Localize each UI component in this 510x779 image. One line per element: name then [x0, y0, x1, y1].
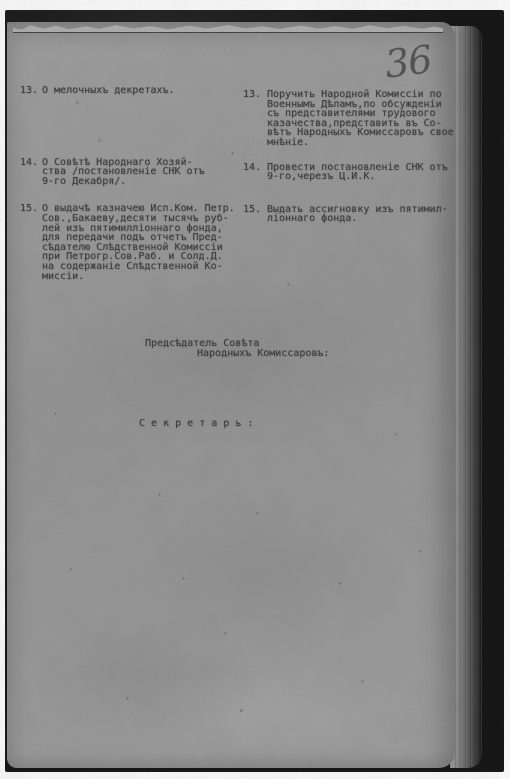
item-number: 15.: [243, 205, 261, 215]
paper-stain: [117, 482, 417, 662]
torn-top-edge: [13, 22, 443, 33]
text-line: О выдачѣ казначею Исп.Ком. Петр.: [42, 205, 252, 215]
agenda-item: 14.О Совѣтѣ Народнаго Хозяй-ства /постан…: [20, 158, 252, 187]
scan-photo: 13.О мелочныхъ декретахъ.14.О Совѣтѣ Нар…: [0, 0, 510, 779]
item-text: Поручить Народной Комиссіи поВоеннымъ Дѣ…: [267, 90, 465, 148]
item-text: О выдачѣ казначею Исп.Ком. Петр.Сов.,Бак…: [42, 204, 252, 281]
item-number: 14.: [20, 158, 38, 168]
item-number: 13.: [20, 86, 38, 96]
agenda-item: 15.Выдать ассигновку изъ пятимил-ліоннаг…: [243, 205, 465, 224]
text-line: Провести постановленіе СНК отъ: [267, 163, 465, 173]
resolution-column-right: 13.Поручить Народной Комиссіи поВоеннымъ…: [243, 90, 465, 224]
agenda-column-left: 13.О мелочныхъ декретахъ.14.О Совѣтѣ Нар…: [20, 86, 252, 281]
text-line: Выдать ассигновку изъ пятимил-: [267, 205, 465, 215]
signature-line-commissars: Народныхъ Комиссаровъ:: [145, 349, 365, 359]
paper-stain: [147, 662, 417, 762]
secretary-label: С е к р е т а р ь :: [139, 419, 299, 429]
agenda-item: 15.О выдачѣ казначею Исп.Ком. Петр.Сов.,…: [20, 204, 252, 281]
text-line: мнѣніе.: [267, 138, 465, 148]
agenda-item: 13.Поручить Народной Комиссіи поВоеннымъ…: [243, 90, 465, 148]
paper-speckles: [7, 22, 8, 23]
paper-stain: [27, 602, 257, 742]
text-line: вѣтъ Народныхъ Комиссаровъ свое: [267, 129, 465, 139]
text-line: лей изъ пятимилліоннаго фонда,: [42, 224, 252, 234]
text-line: миссіи.: [42, 272, 252, 282]
signature-block: Предсѣдатель Совѣта Народныхъ Комиссаров…: [145, 339, 365, 358]
item-number: 13.: [243, 90, 261, 100]
text-line: на содержаніе Слѣдственной Ко-: [42, 262, 252, 272]
text-line: 9-го Декабря/.: [42, 177, 252, 187]
text-line: сѣдателю Слѣдственной Комиссіи: [42, 243, 252, 253]
text-line: Поручить Народной Комиссіи по: [267, 90, 465, 100]
agenda-item: 13.О мелочныхъ декретахъ.: [20, 86, 252, 96]
text-line: ліоннаго фонда.: [267, 214, 465, 224]
text-line: 9-го,черезъ Ц.И.К.: [267, 172, 465, 182]
text-line: съ представителями трудового: [267, 109, 465, 119]
item-number: 15.: [20, 204, 38, 214]
agenda-item: 14.Провести постановленіе СНК отъ9-го,че…: [243, 163, 465, 182]
text-line: О мелочныхъ декретахъ.: [42, 86, 252, 96]
item-text: Выдать ассигновку изъ пятимил-ліоннаго ф…: [267, 205, 465, 224]
handwritten-page-number: 36: [383, 39, 434, 84]
item-text: О Совѣтѣ Народнаго Хозяй-ства /постановл…: [42, 158, 252, 187]
item-text: Провести постановленіе СНК отъ9-го,через…: [267, 163, 465, 182]
item-number: 14.: [243, 163, 261, 173]
item-text: О мелочныхъ декретахъ.: [42, 86, 252, 96]
text-line: О Совѣтѣ Народнаго Хозяй-: [42, 158, 252, 168]
